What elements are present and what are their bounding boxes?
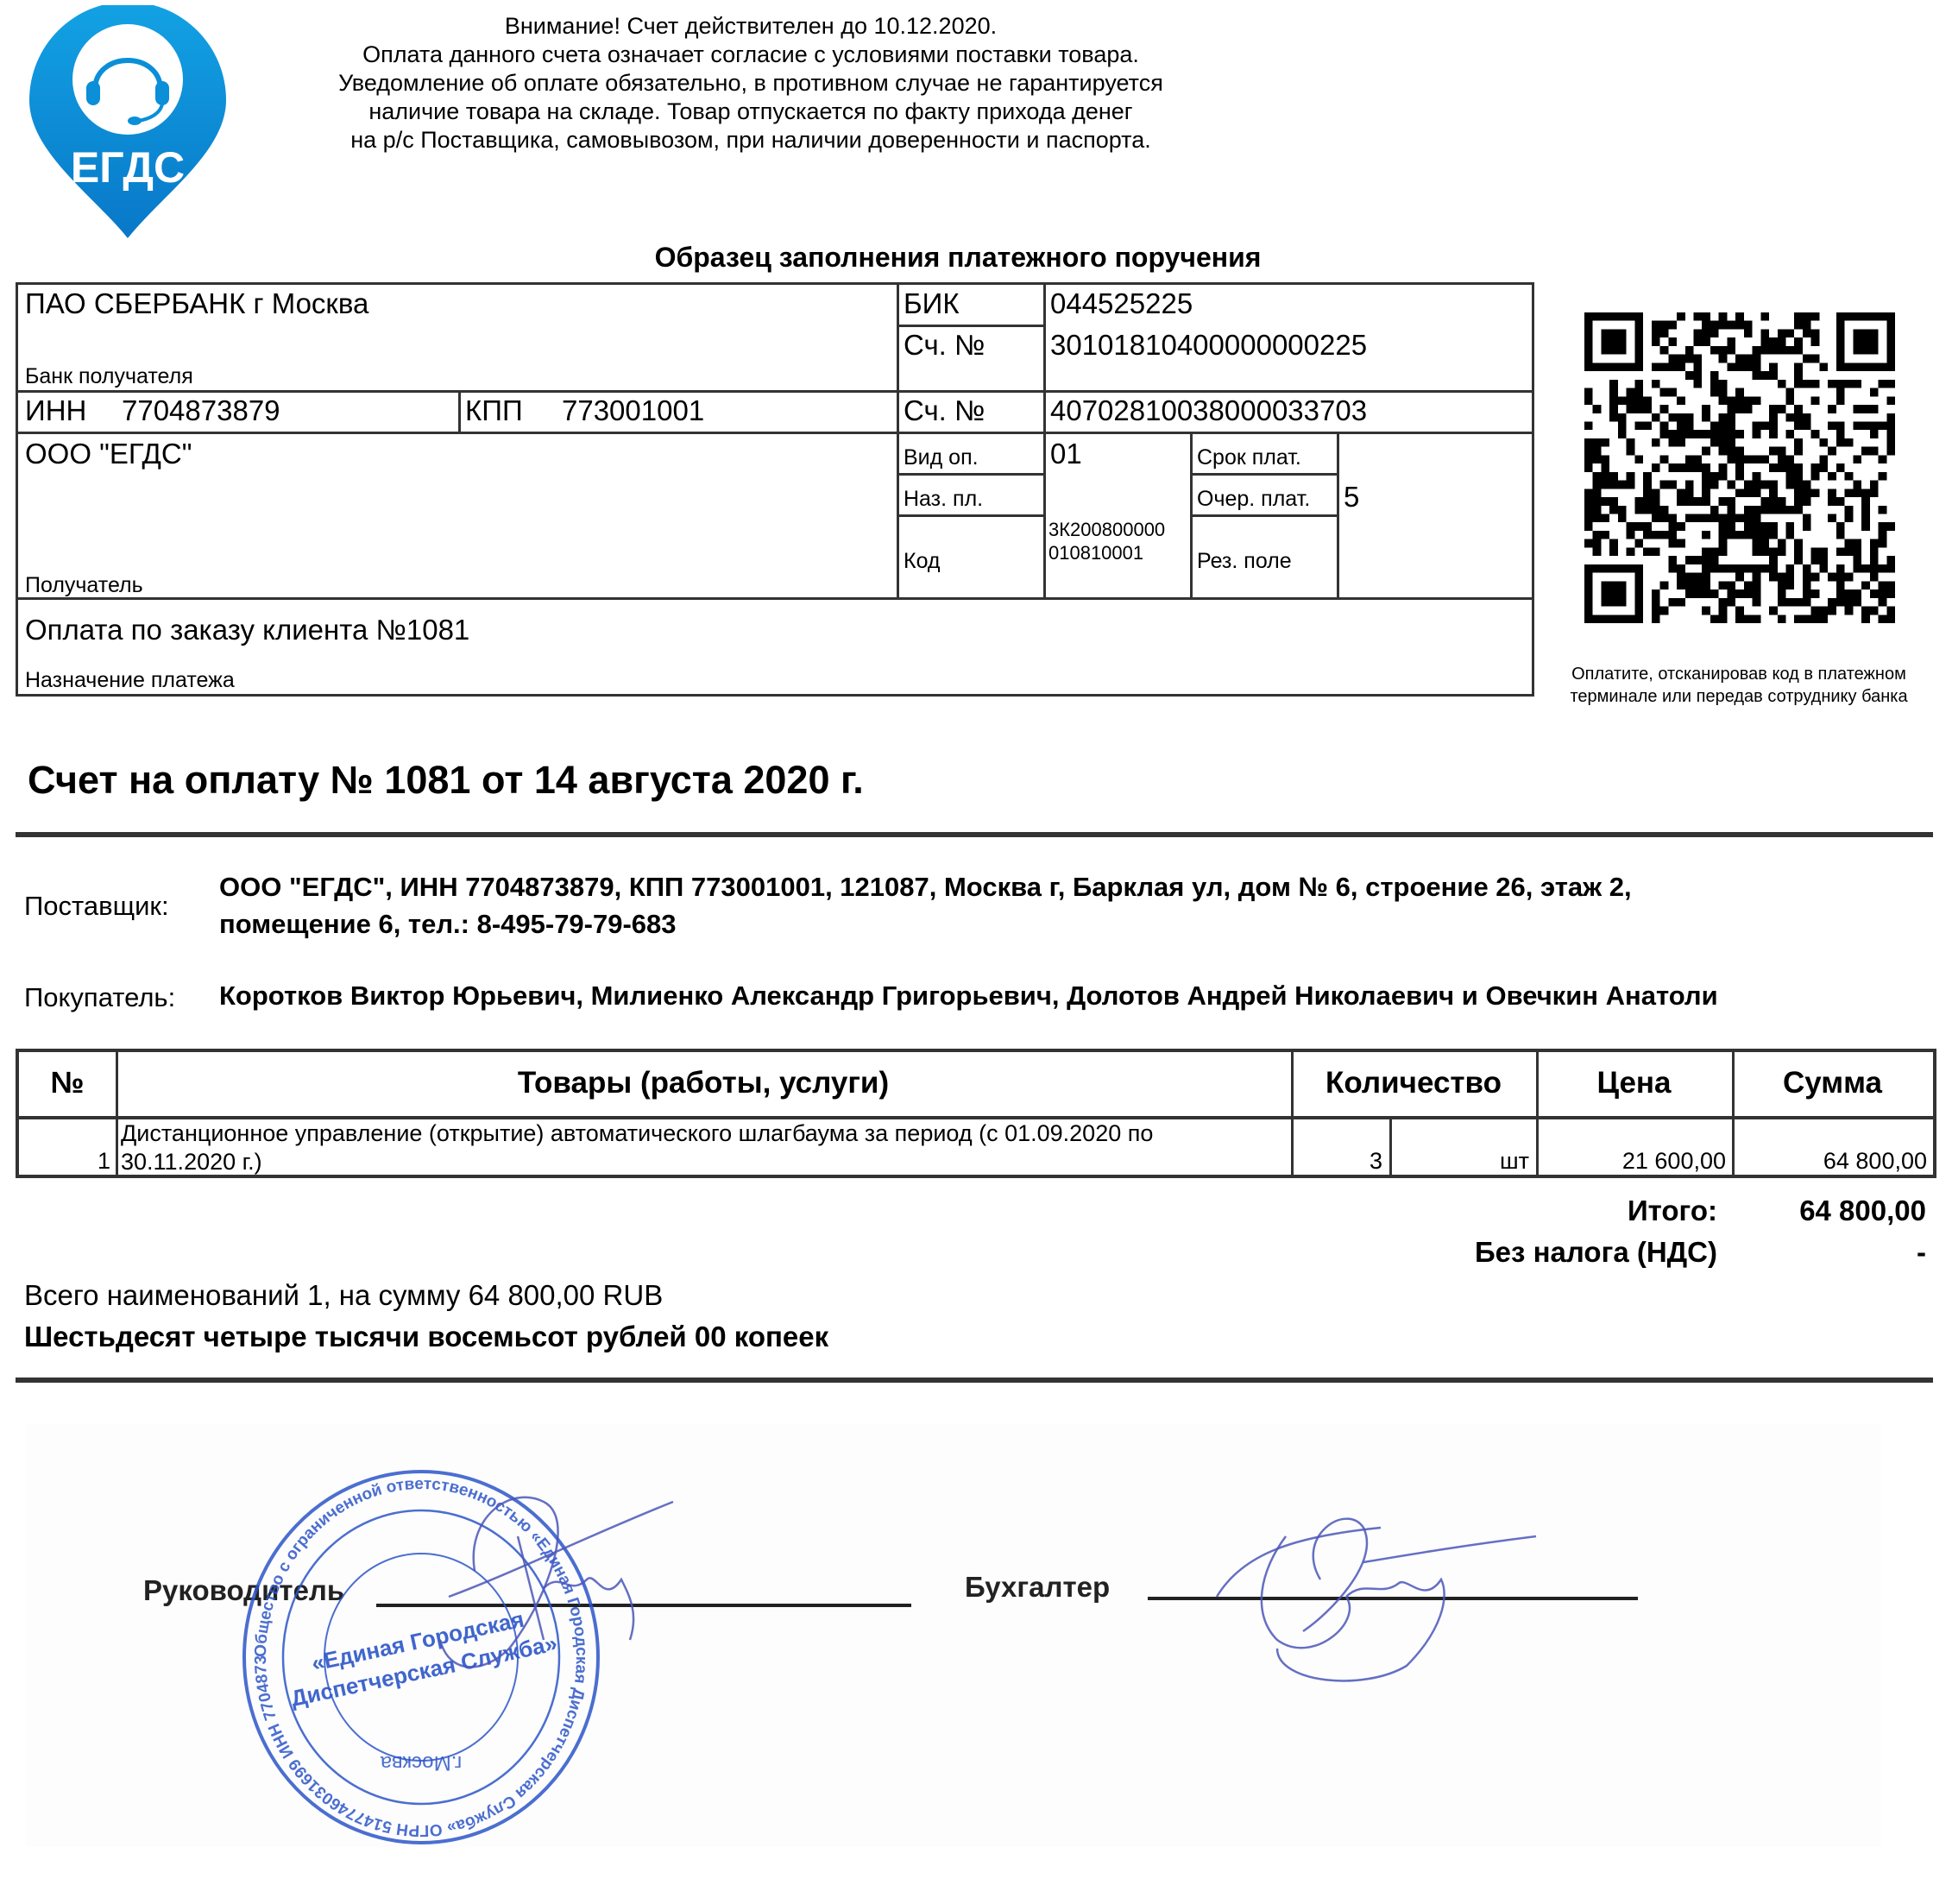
inn-label: ИНН	[25, 395, 86, 426]
total-value: 64 800,00	[1726, 1195, 1926, 1227]
recipient-name: ООО "ЕГДС"	[25, 438, 192, 470]
notice-line: Оплата данного счета означает согласие с…	[259, 41, 1243, 69]
invoice-title: Счет на оплату № 1081 от 14 августа 2020…	[28, 758, 864, 803]
header-quantity: Количество	[1291, 1066, 1536, 1100]
amount-in-words: Шестьдесят четыре тысячи восемьсот рубле…	[24, 1321, 828, 1353]
header-goods: Товары (работы, услуги)	[116, 1066, 1291, 1100]
reserve-label: Рез. поле	[1197, 545, 1292, 577]
notice-line: Внимание! Счет действителен до 10.12.202…	[259, 12, 1243, 41]
row-name: Дистанционное управление (открытие) авто…	[121, 1119, 1153, 1176]
row-price: 21 600,00	[1536, 1147, 1726, 1176]
items-table: № Товары (работы, услуги) Количество Цен…	[16, 1049, 1936, 1178]
supplier-details: ООО "ЕГДС", ИНН 7704873879, КПП 77300100…	[219, 868, 1632, 943]
accountant-signature	[1191, 1502, 1553, 1692]
purpose-code-label: Наз. пл.	[904, 483, 983, 514]
svg-text:г.Москва: г.Москва	[380, 1751, 462, 1775]
vat-value: -	[1726, 1236, 1926, 1269]
kpp-value: 773001001	[562, 395, 704, 426]
code-label: Код	[904, 545, 941, 577]
total-label: Итого:	[1381, 1195, 1717, 1227]
header-number: №	[19, 1066, 116, 1100]
qr-code-icon	[1584, 312, 1895, 623]
bik-value: 044525225	[1050, 288, 1193, 319]
notice-line: Уведомление об оплате обязательно, в про…	[259, 69, 1243, 98]
director-signature	[414, 1467, 777, 1683]
supplier-label: Поставщик:	[24, 891, 169, 922]
divider	[16, 1378, 1933, 1383]
priority-value: 5	[1344, 482, 1359, 513]
row-sum: 64 800,00	[1732, 1147, 1927, 1176]
buyer-label: Покупатель:	[24, 982, 175, 1013]
priority-label: Очер. плат.	[1197, 483, 1310, 514]
notice-line: наличие товара на складе. Товар отпускае…	[259, 98, 1243, 126]
company-logo: ЕГДС	[24, 5, 231, 245]
payment-purpose-label: Назначение платежа	[25, 665, 235, 696]
buyer-details: Коротков Виктор Юрьевич, Милиенко Алекса…	[219, 977, 1718, 1014]
header-price: Цена	[1536, 1066, 1732, 1100]
account-value: 40702810038000033703	[1050, 395, 1367, 426]
op-type-label: Вид оп.	[904, 442, 979, 473]
term-label: Срок плат.	[1197, 442, 1301, 473]
header-sum: Сумма	[1732, 1066, 1933, 1100]
payment-order-title: Образец заполнения платежного поручения	[483, 242, 1433, 274]
divider	[16, 832, 1933, 837]
accountant-label: Бухгалтер	[965, 1571, 1110, 1604]
kpp-label: КПП	[465, 395, 523, 426]
notice-line: на р/с Поставщика, самовывозом, при нали…	[259, 126, 1243, 154]
payment-order-table: ПАО СБЕРБАНК г Москва Банк получателя БИ…	[16, 282, 1534, 697]
qr-caption: Оплатите, отсканировав код в платежном т…	[1545, 663, 1933, 708]
inn-value: 7704873879	[122, 395, 280, 426]
row-number: 1	[19, 1147, 110, 1176]
corr-account-label: Сч. №	[904, 330, 985, 361]
validity-notice: Внимание! Счет действителен до 10.12.202…	[259, 12, 1243, 154]
recipient-label: Получатель	[25, 570, 143, 601]
svg-text:ЕГДС: ЕГДС	[71, 143, 185, 192]
row-unit: шт	[1389, 1147, 1529, 1176]
items-summary: Всего наименований 1, на сумму 64 800,00…	[24, 1279, 663, 1312]
vat-label: Без налога (НДС)	[1294, 1236, 1717, 1269]
op-type-value: 01	[1050, 438, 1082, 470]
code-value-line2: 010810001	[1048, 541, 1143, 564]
code-value-line1: 3К200800000	[1048, 518, 1165, 541]
payment-purpose: Оплата по заказу клиента №1081	[25, 615, 469, 646]
bank-name: ПАО СБЕРБАНК г Москва	[25, 288, 368, 319]
account-label: Сч. №	[904, 395, 985, 426]
bank-label: Банк получателя	[25, 361, 193, 392]
row-quantity: 3	[1291, 1147, 1382, 1176]
bik-label: БИК	[904, 288, 960, 319]
corr-account-value: 30101810400000000225	[1050, 330, 1367, 361]
